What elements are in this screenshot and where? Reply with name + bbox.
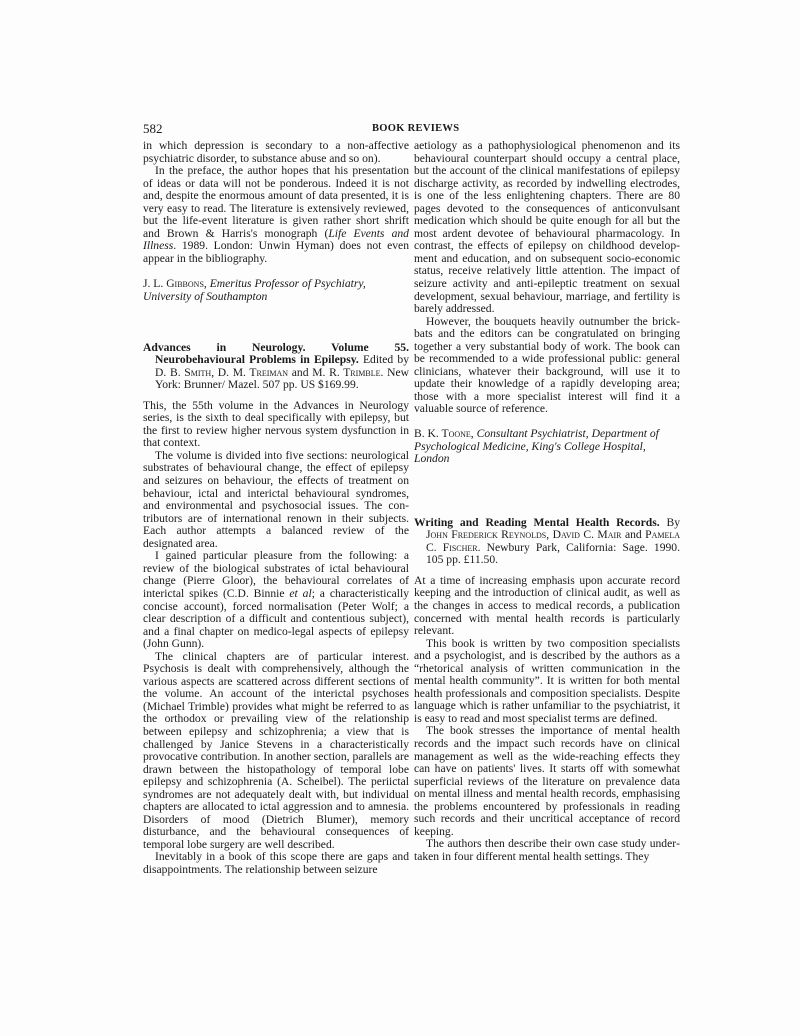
review-body: This, the 55th volume in the Advances in… [143, 400, 409, 877]
body-paragraph: This, the 55th volume in the Advances in… [143, 400, 409, 450]
reviewer-signature: J. L. Gibbons, Emeritus Professor of Psy… [143, 278, 409, 303]
review-heading: Writing and Reading Mental Health Record… [414, 517, 680, 567]
right-column: aetiology as a pathophysiological phenom… [414, 140, 680, 863]
text: By [660, 516, 680, 529]
text: , [211, 366, 218, 379]
body-paragraph: I gained particular pleasure from the fo… [143, 550, 409, 650]
reviewer-name: B. K. Toone, [414, 427, 474, 440]
editor-name: D. M. Treiman [218, 366, 288, 379]
paragraph-text: . 1989. London: Unwin Hyman) does not ev… [143, 239, 409, 265]
body-paragraph: The clinical chapters are of particular … [143, 651, 409, 852]
author-name: David C. Mair [553, 528, 622, 541]
text: and [622, 528, 646, 541]
body-paragraph: Inevitably in a book of this scope there… [143, 851, 409, 876]
editor-name: D. B. Smith [155, 366, 211, 379]
body-paragraph: At a time of increasing emphasis upon ac… [414, 575, 680, 638]
preface-paragraph: In the preface, the author hopes that hi… [143, 165, 409, 265]
body-paragraph: The authors then describe their own case… [414, 838, 680, 863]
author-name: John Frederick Reynolds [426, 528, 546, 541]
italic-text: et al [289, 587, 311, 600]
editor-name: M. R. Trimble [312, 366, 380, 379]
review-heading: Advances in Neurology. Volume 55. Neurob… [143, 342, 409, 392]
reviewer-signature: B. K. Toone, Consultant Psychiatrist, De… [414, 428, 680, 466]
review-body: At a time of increasing emphasis upon ac… [414, 575, 680, 864]
text: and [288, 366, 312, 379]
continuation-paragraph: in which depression is secondary to a no… [143, 140, 409, 165]
continuation-paragraph: aetiology as a pathophysiological phenom… [414, 140, 680, 316]
reviewer-name: J. L. Gibbons, [143, 277, 207, 290]
left-column: in which depression is secondary to a no… [143, 140, 409, 877]
body-paragraph: However, the bouquets heavily outnumber … [414, 316, 680, 416]
book-title: Writing and Reading Mental Health Record… [414, 516, 660, 529]
running-head: BOOK REVIEWS [372, 123, 459, 134]
text: Edited by [359, 353, 409, 366]
page-number: 582 [143, 121, 163, 137]
body-paragraph: The book stresses the importance of ment… [414, 725, 680, 838]
body-paragraph: This book is written by two composition … [414, 638, 680, 726]
body-paragraph: The volume is divided into five sections… [143, 450, 409, 550]
